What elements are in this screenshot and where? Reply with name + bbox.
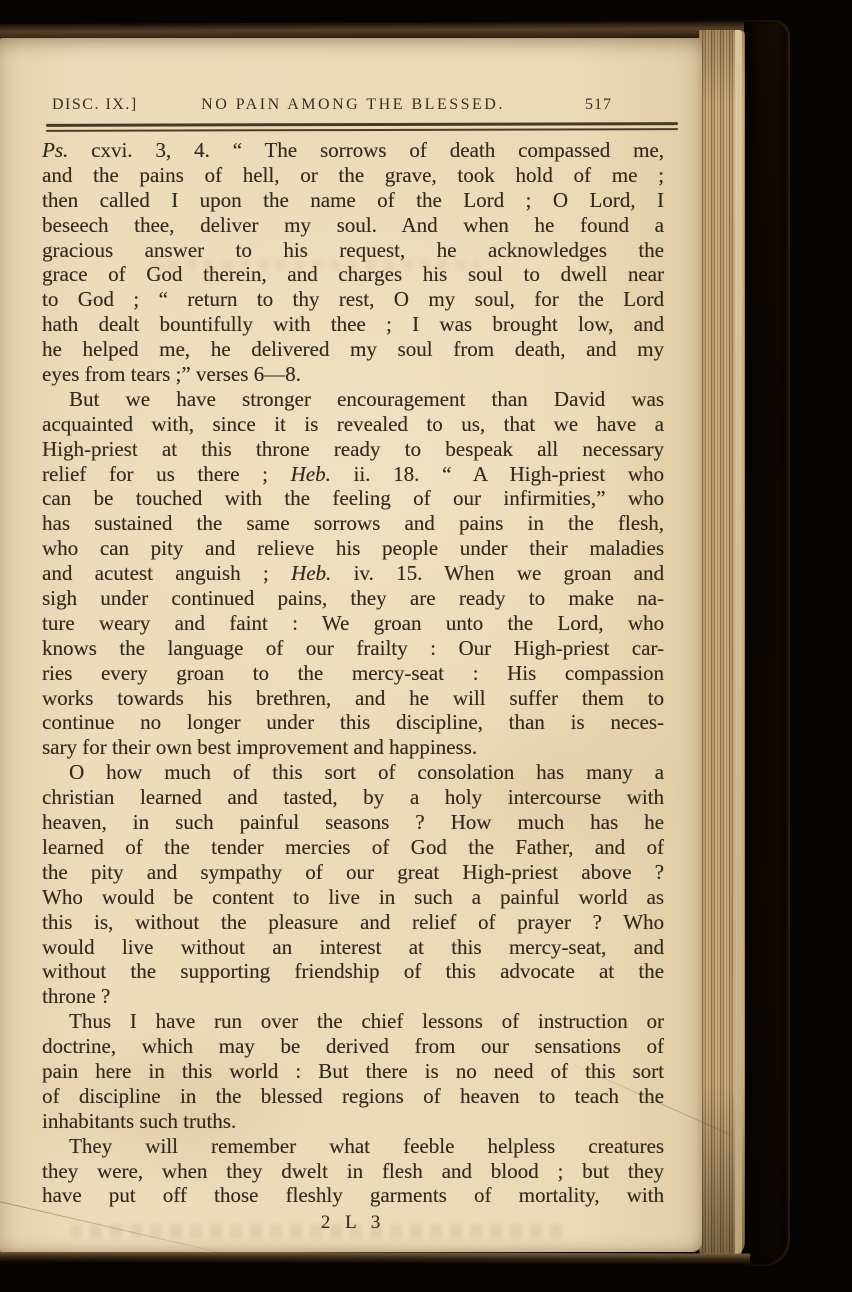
text-line: ries every groan to the mercy-seat : His… — [42, 661, 664, 686]
text-line: sary for their own best improvement and … — [42, 735, 664, 760]
text-line: sigh under continued pains, they are rea… — [42, 586, 664, 611]
page-fore-edge — [699, 30, 745, 1256]
paragraph: Thus I have run over the chief lessons o… — [42, 1009, 664, 1133]
text-line: and acutest anguish ; Heb. iv. 15. When … — [42, 561, 664, 586]
book-scan-photo: DISC. IX.] NO PAIN AMONG THE BLESSED. 51… — [0, 0, 852, 1292]
text-line: works towards his brethren, and he will … — [42, 686, 664, 711]
leather-cover-board — [744, 20, 790, 1266]
paragraph: They will remember what feeble helpless … — [42, 1134, 664, 1209]
text-line: eyes from tears ;” verses 6—8. — [42, 362, 664, 387]
paragraph: O how much of this sort of consolation h… — [42, 760, 664, 1009]
text-line: have put off those fleshly garments of m… — [42, 1183, 664, 1208]
text-line: relief for us there ; Heb. ii. 18. “ A H… — [42, 462, 664, 487]
text-line: gracious answer to his request, he ackno… — [42, 238, 664, 263]
text-line: continue no longer under this discipline… — [42, 710, 664, 735]
text-line: has sustained the same sorrows and pains… — [42, 511, 664, 536]
text-line: who can pity and relieve his people unde… — [42, 536, 664, 561]
top-page-sliver — [735, 30, 742, 1256]
text-line: Who would be content to live in such a p… — [42, 885, 664, 910]
text-line: and the pains of hell, or the grave, too… — [42, 163, 664, 188]
book-page: DISC. IX.] NO PAIN AMONG THE BLESSED. 51… — [0, 38, 702, 1252]
text-line: they were, when they dwelt in flesh and … — [42, 1159, 664, 1184]
text-line: beseech thee, deliver my soul. And when … — [42, 213, 664, 238]
text-line: he helped me, he delivered my soul from … — [42, 337, 664, 362]
header-double-rule — [46, 122, 678, 131]
text-line: inhabitants such truths. — [42, 1109, 664, 1134]
text-line: hath dealt bountifully with thee ; I was… — [42, 312, 664, 337]
text-line: Thus I have run over the chief lessons o… — [42, 1009, 664, 1034]
page-number: 517 — [585, 96, 612, 114]
text-line: learned of the tender mercies of God the… — [42, 835, 664, 860]
text-line: acquainted with, since it is revealed to… — [42, 412, 664, 437]
page-header: DISC. IX.] NO PAIN AMONG THE BLESSED. 51… — [42, 96, 664, 118]
text-line: heaven, in such painful seasons ? How mu… — [42, 810, 664, 835]
text-line: O how much of this sort of consolation h… — [42, 760, 664, 785]
running-title: NO PAIN AMONG THE BLESSED. — [42, 96, 664, 114]
text-line: the pity and sympathy of our great High-… — [42, 860, 664, 885]
text-line: christian learned and tasted, by a holy … — [42, 785, 664, 810]
text-line: pain here in this world : But there is n… — [42, 1059, 664, 1084]
text-line: ture weary and faint : We groan unto the… — [42, 611, 664, 636]
text-line: But we have stronger encouragement than … — [42, 387, 664, 412]
rule-thin — [46, 128, 678, 131]
text-line: throne ? — [42, 984, 664, 1009]
text-line: this is, without the pleasure and relief… — [42, 910, 664, 935]
text-line: of discipline in the blessed regions of … — [42, 1084, 664, 1109]
paragraph: But we have stronger encouragement than … — [42, 387, 664, 760]
text-line: to God ; “ return to thy rest, O my soul… — [42, 287, 664, 312]
text-line: then called I upon the name of the Lord … — [42, 188, 664, 213]
text-line: High-priest at this throne ready to besp… — [42, 437, 664, 462]
text-line: Ps. cxvi. 3, 4. “ The sorrows of death c… — [42, 138, 664, 163]
book-bottom-edge — [0, 1251, 750, 1266]
paragraph: Ps. cxvi. 3, 4. “ The sorrows of death c… — [42, 138, 664, 387]
body-text: Ps. cxvi. 3, 4. “ The sorrows of death c… — [42, 138, 664, 1236]
text-line: without the supporting friendship of thi… — [42, 959, 664, 984]
rule-thick — [46, 122, 678, 126]
text-line: would live without an interest at this m… — [42, 935, 664, 960]
text-line: They will remember what feeble helpless … — [42, 1134, 664, 1159]
signature-mark: 2 L 3 — [42, 1211, 664, 1236]
text-line: knows the language of our frailty : Our … — [42, 636, 664, 661]
text-line: doctrine, which may be derived from our … — [42, 1034, 664, 1059]
text-line: grace of God therein, and charges his so… — [42, 262, 664, 287]
text-line: can be touched with the feeling of our i… — [42, 486, 664, 511]
